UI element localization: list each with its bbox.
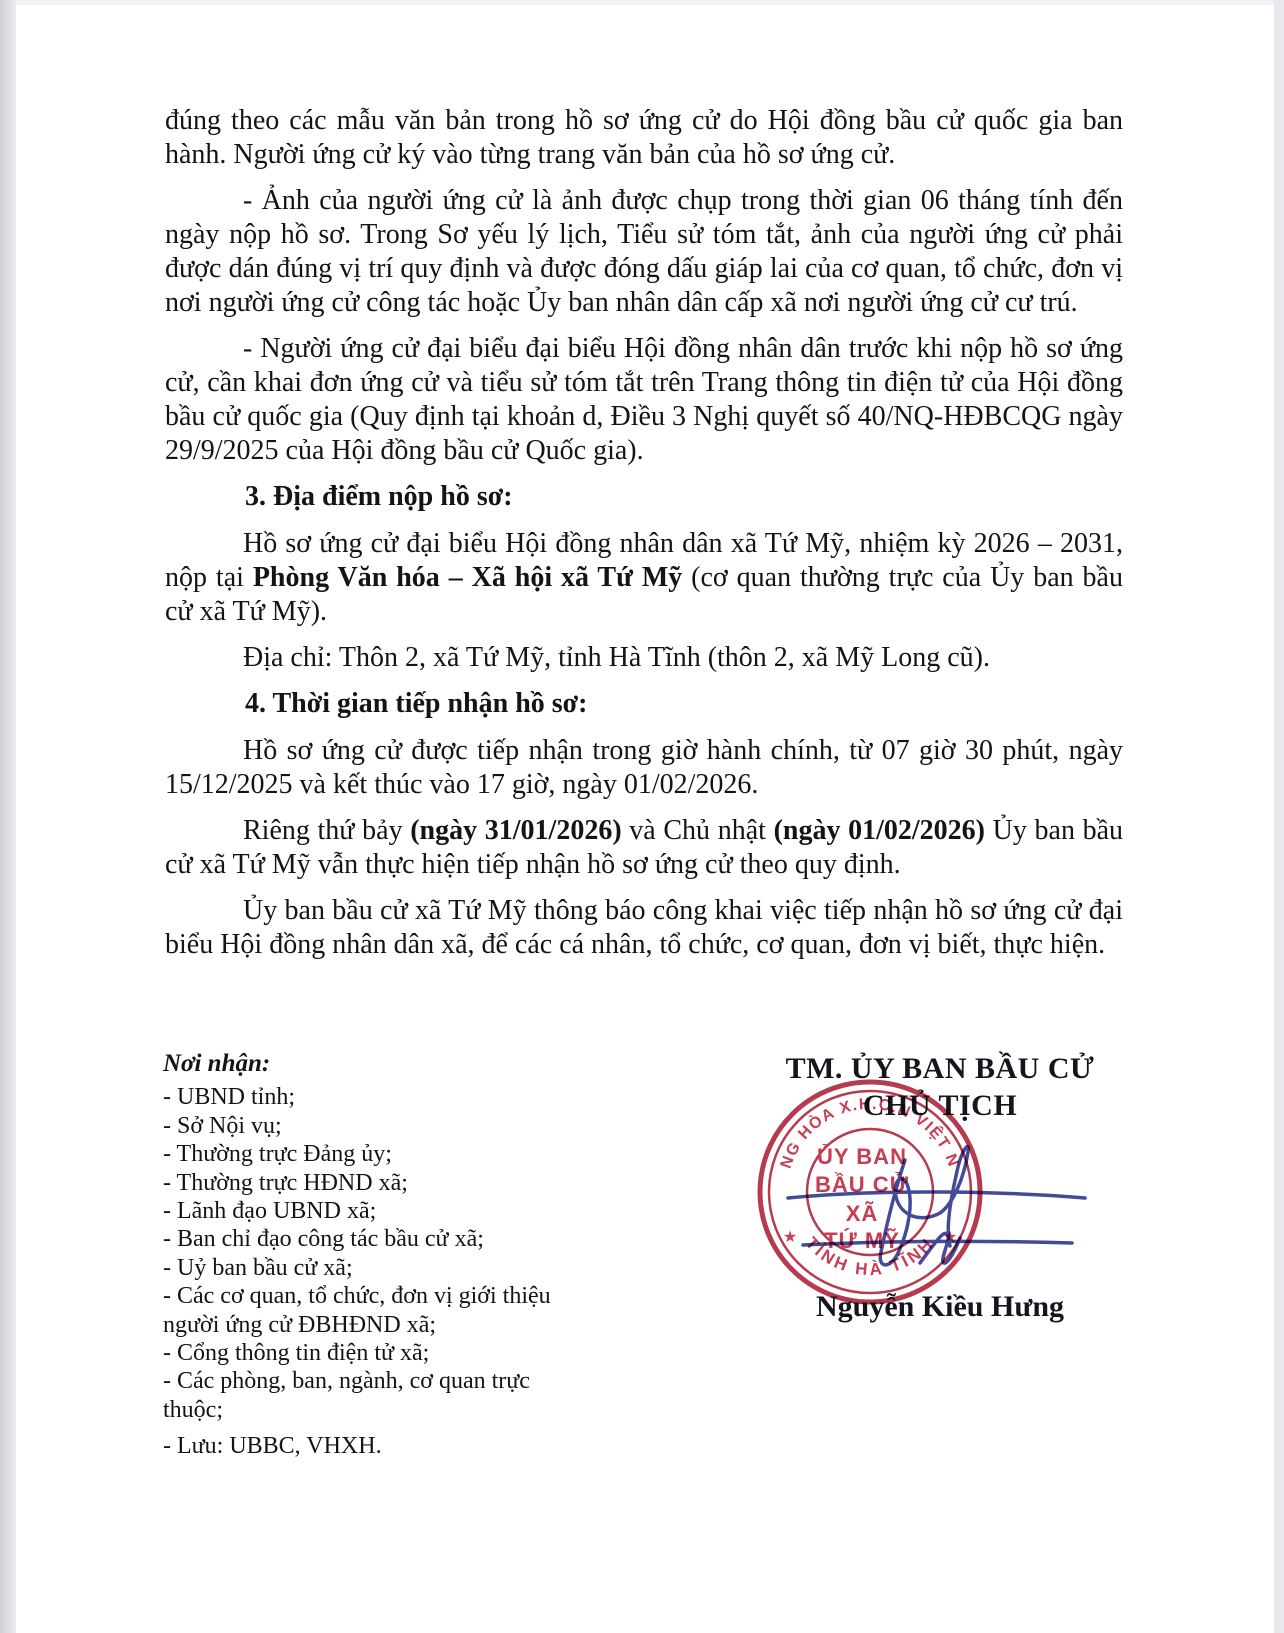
recipients-heading: Nơi nhận: <box>163 1050 593 1078</box>
signature-stroke-line-upper <box>788 1192 1085 1198</box>
recipient-item: - Thường trực Đảng ủy; <box>163 1140 593 1168</box>
text-run: và Chủ nhật <box>622 815 774 846</box>
recipient-item: - Sở Nội vụ; <box>163 1112 593 1140</box>
recipient-item: - Lãnh đạo UBND xã; <box>163 1197 593 1225</box>
paragraph-announcement: Ủy ban bầu cử xã Tứ Mỹ thông báo công kh… <box>165 894 1123 962</box>
text-run-bold: (ngày 31/01/2026) <box>410 815 621 846</box>
signature-stroke-spike <box>940 1147 968 1246</box>
recipient-item: - Uỷ ban bầu cử xã; <box>163 1254 593 1282</box>
recipient-item: - Ban chỉ đạo công tác bầu cử xã; <box>163 1225 593 1253</box>
recipient-item: - Các cơ quan, tổ chức, đơn vị giới thiệ… <box>163 1282 593 1339</box>
paragraph-submission-place: Hồ sơ ứng cử đại biểu Hội đồng nhân dân … <box>165 527 1123 629</box>
text-run-bold: Phòng Văn hóa – Xã hội xã Tứ Mỹ <box>253 562 682 593</box>
recipient-item: - Cổng thông tin điện tử xã; <box>163 1339 593 1367</box>
page-edge-top <box>0 0 1284 5</box>
recipient-item: - UBND tỉnh; <box>163 1083 593 1111</box>
page-edge-left <box>0 0 16 1633</box>
paragraph-weekend-reception: Riêng thứ bảy (ngày 31/01/2026) và Chủ n… <box>165 814 1123 882</box>
paragraph-photo-rules: - Ảnh của người ứng cử là ảnh được chụp … <box>165 184 1123 320</box>
recipient-item: - Lưu: UBBC, VHXH. <box>163 1432 593 1460</box>
paragraph-reception-time: Hồ sơ ứng cử được tiếp nhận trong giờ hà… <box>165 734 1123 802</box>
paragraph-online-declaration: - Người ứng cử đại biểu đại biểu Hội đồn… <box>165 332 1123 468</box>
signature-stroke-flourish <box>920 1233 960 1263</box>
section-heading-3: 3. Địa điểm nộp hồ sơ: <box>165 480 1123 514</box>
paragraph-address: Địa chỉ: Thôn 2, xã Tứ Mỹ, tỉnh Hà Tĩnh … <box>165 641 1123 675</box>
paragraph-continuation: đúng theo các mẫu văn bản trong hồ sơ ứn… <box>165 104 1123 172</box>
recipients-block: Nơi nhận: - UBND tỉnh; - Sở Nội vụ; - Th… <box>163 1050 593 1461</box>
recipient-item: - Các phòng, ban, ngành, cơ quan trực th… <box>163 1367 593 1424</box>
recipient-item: - Thường trực HĐND xã; <box>163 1169 593 1197</box>
signer-name: Nguyễn Kiều Hưng <box>740 1290 1140 1324</box>
section-heading-4: 4. Thời gian tiếp nhận hồ sơ: <box>165 687 1123 721</box>
document-body: đúng theo các mẫu văn bản trong hồ sơ ứn… <box>165 104 1123 974</box>
text-run-bold: (ngày 01/02/2026) <box>774 815 985 846</box>
text-run: Riêng thứ bảy <box>243 815 410 846</box>
page-edge-right <box>1274 0 1284 1633</box>
scanned-document-page: đúng theo các mẫu văn bản trong hồ sơ ứn… <box>0 0 1284 1633</box>
